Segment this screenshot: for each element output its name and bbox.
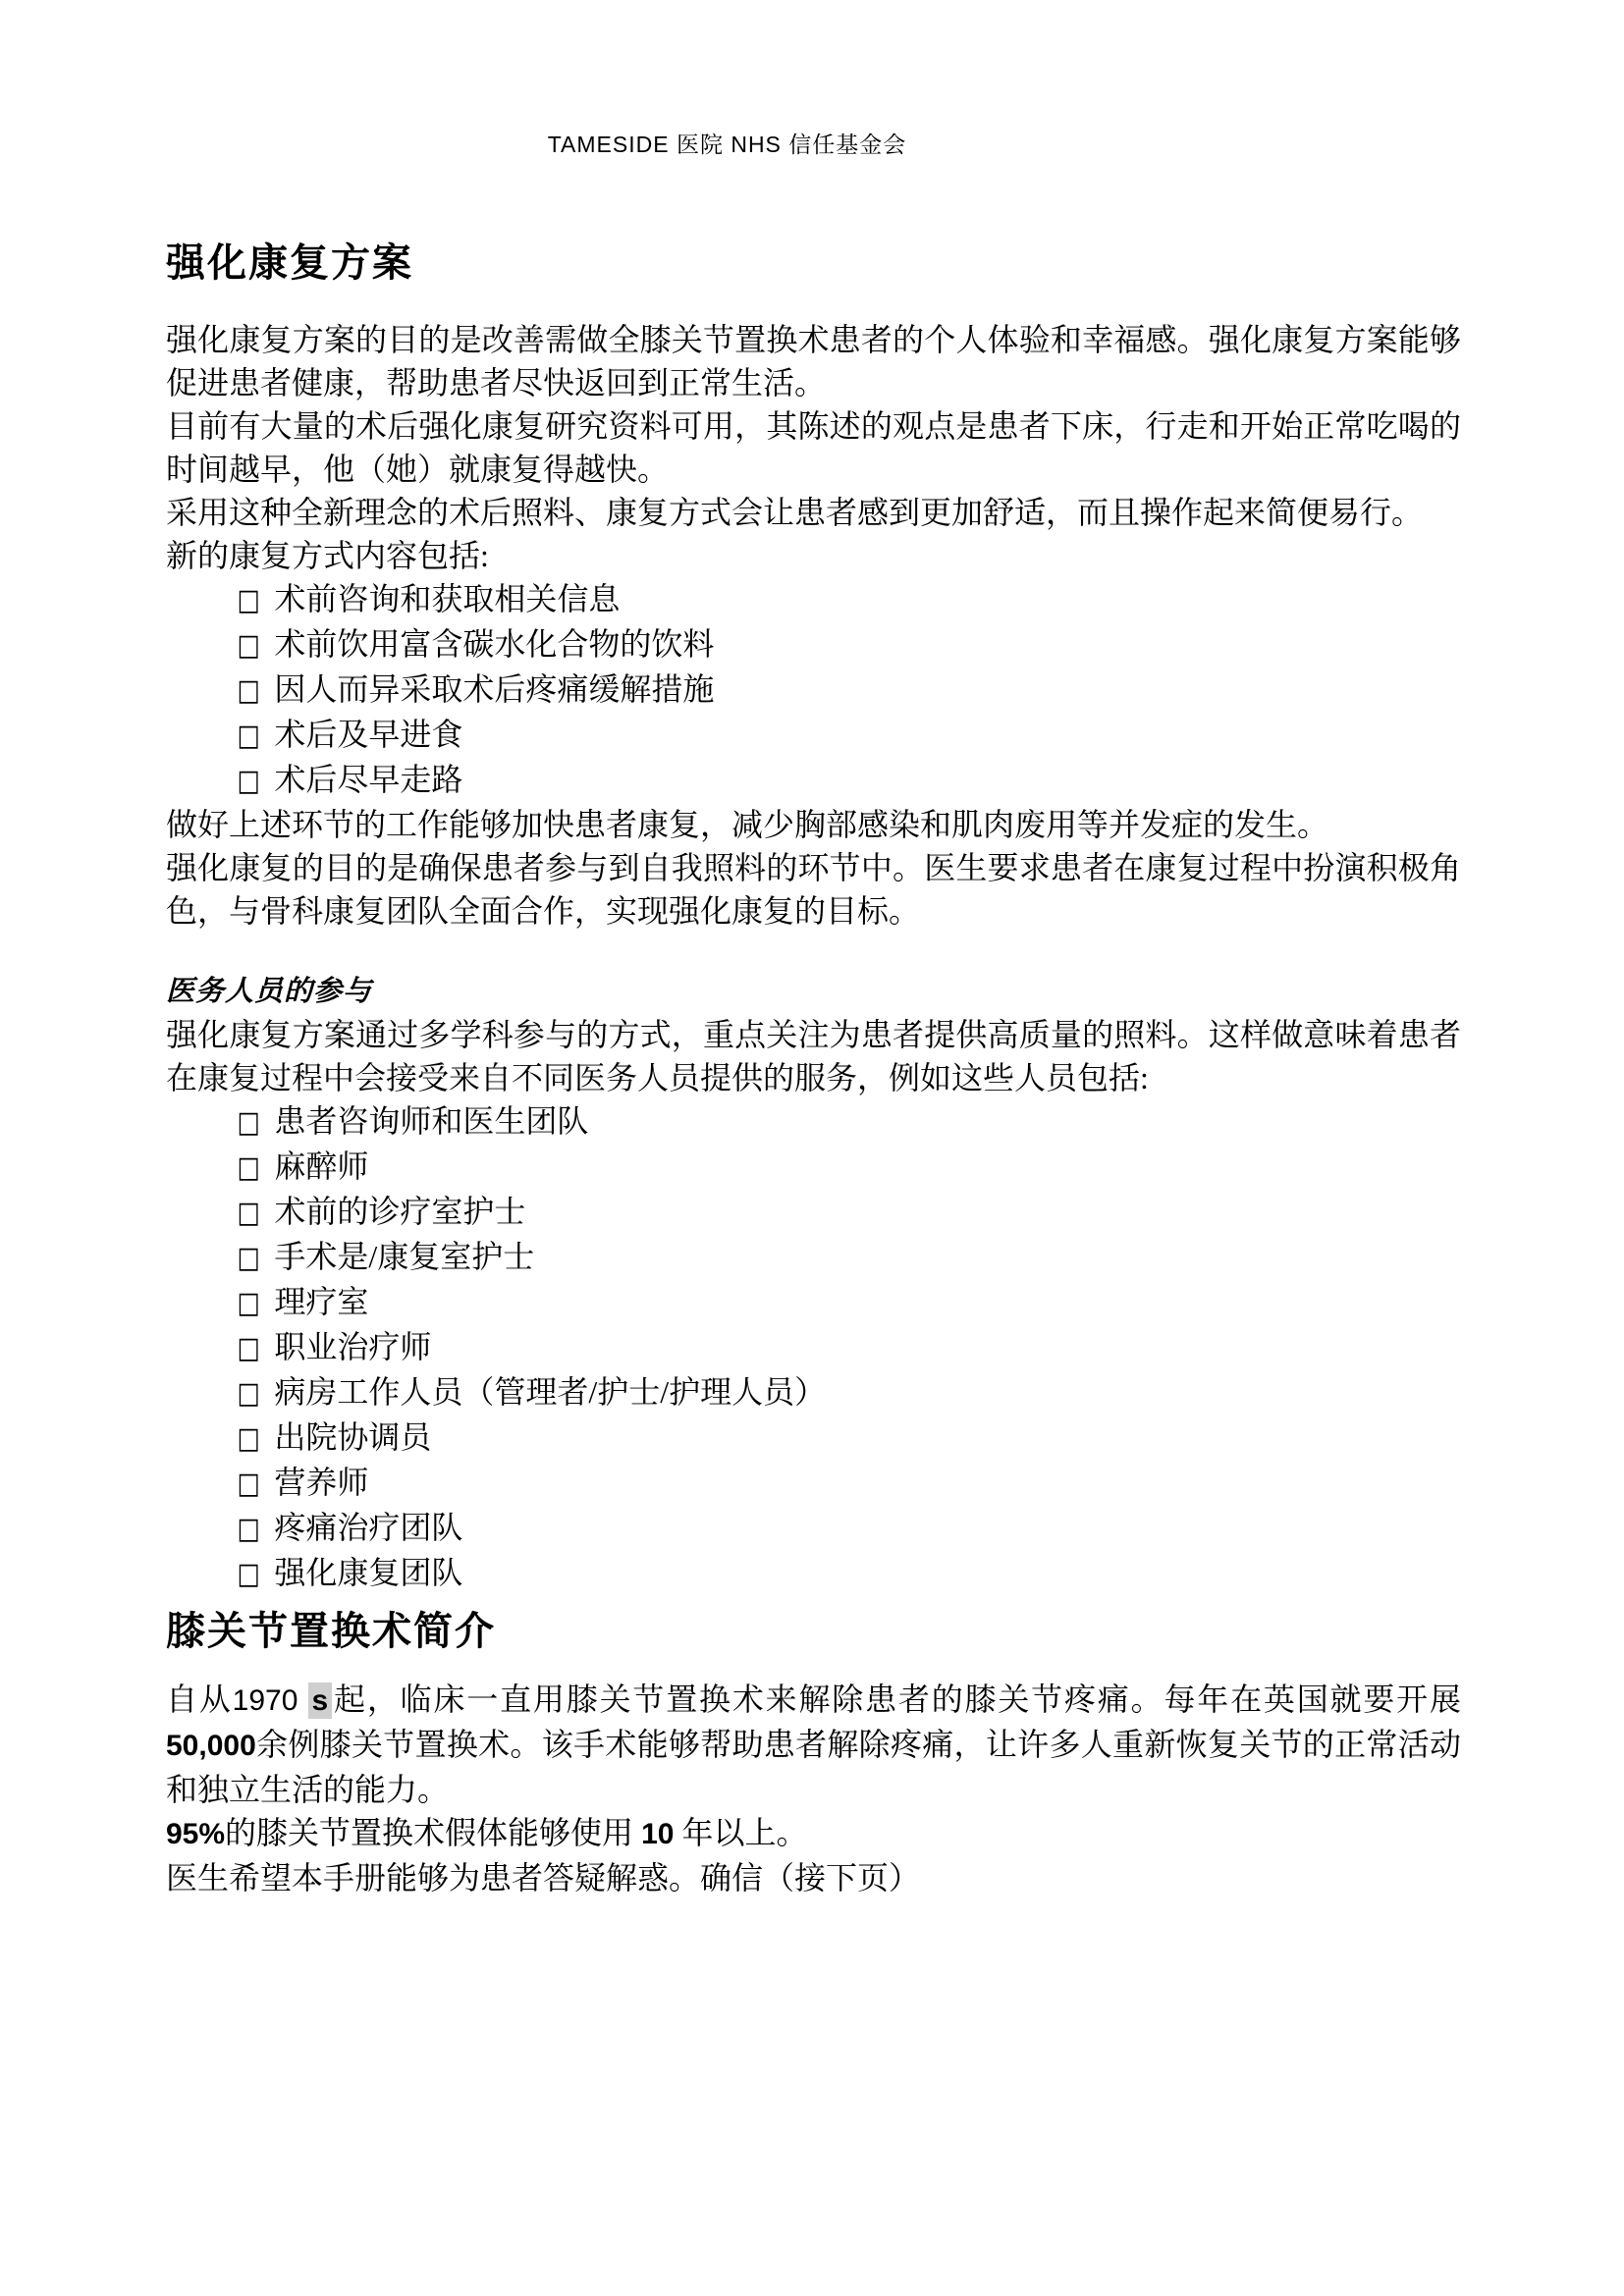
paragraph-erp-list-intro: 新的康复方式内容包括: xyxy=(166,534,1461,577)
list-item: □术前饮用富含碳水化合物的饮料 xyxy=(235,622,1461,667)
paragraph-erp-goal: 强化康复的目的是确保患者参与到自我照料的环节中。医生要求患者在康复过程中扮演积极… xyxy=(166,846,1461,933)
text-segment: 起，临床一直用膝关节置换术来解除患者的膝关节疼痛。每年在英国就要开展 xyxy=(332,1682,1461,1717)
list-item-text: 因人而异采取术后疼痛缓解措施 xyxy=(274,671,714,707)
list-item: □手术是/康复室护士 xyxy=(235,1235,1461,1280)
text-segment: 年以上。 xyxy=(674,1815,807,1850)
square-bullet-icon: □ xyxy=(238,1237,260,1280)
square-bullet-icon: □ xyxy=(238,669,260,713)
percentage-95: 95% xyxy=(166,1818,225,1850)
years-10: 10 xyxy=(641,1818,674,1850)
square-bullet-icon: □ xyxy=(238,1282,260,1325)
text-segment: 的膝关节置换术假体能够使用 xyxy=(225,1815,641,1850)
paragraph-knee-history: 自从1970 s起，临床一直用膝关节置换术来解除患者的膝关节疼痛。每年在英国就要… xyxy=(166,1678,1461,1811)
square-bullet-icon: □ xyxy=(238,1553,260,1596)
square-bullet-icon: □ xyxy=(238,624,260,667)
square-bullet-icon: □ xyxy=(238,1192,260,1235)
text-segment: 余例膝关节置换术。该手术能够帮助患者解除疼痛，让许多人重新恢复关节的正常活动和独… xyxy=(166,1727,1461,1807)
list-item: □麻醉师 xyxy=(235,1145,1461,1190)
paragraph-erp-purpose: 强化康复方案的目的是改善需做全膝关节置换术患者的个人体验和幸福感。强化康复方案能… xyxy=(166,318,1461,404)
list-item-text: 病房工作人员（管理者/护士/护理人员） xyxy=(274,1374,826,1410)
paragraph-erp-benefits: 做好上述环节的工作能够加快患者康复，减少胸部感染和肌肉废用等并发症的发生。 xyxy=(166,803,1461,846)
document-header: TAMESIDE 医院 NHS 信任基金会 xyxy=(166,130,1288,159)
list-item-text: 出院协调员 xyxy=(274,1419,431,1455)
list-item: □术前的诊疗室护士 xyxy=(235,1190,1461,1235)
list-item-text: 术后及早进食 xyxy=(274,717,462,752)
square-bullet-icon: □ xyxy=(238,1372,260,1415)
section-heading-knee-replacement: 膝关节置换术简介 xyxy=(166,1604,1461,1659)
list-item: □术后及早进食 xyxy=(235,713,1461,758)
page-title: 强化康复方案 xyxy=(166,236,1461,291)
list-item: □强化康复团队 xyxy=(235,1551,1461,1596)
paragraph-knee-closing: 医生希望本手册能够为患者答疑解惑。确信（接下页） xyxy=(166,1856,1461,1899)
list-item: □病房工作人员（管理者/护士/护理人员） xyxy=(235,1370,1461,1415)
square-bullet-icon: □ xyxy=(238,1463,260,1506)
list-item: □营养师 xyxy=(235,1461,1461,1506)
list-item: □因人而异采取术后疼痛缓解措施 xyxy=(235,667,1461,713)
text-segment: 自从 xyxy=(166,1682,233,1717)
paragraph-staff-intro: 强化康复方案通过多学科参与的方式，重点关注为患者提供高质量的照料。这样做意味着患… xyxy=(166,1013,1461,1099)
list-item: □疼痛治疗团队 xyxy=(235,1506,1461,1551)
document-page: TAMESIDE 医院 NHS 信任基金会 强化康复方案 强化康复方案的目的是改… xyxy=(0,0,1624,2296)
paragraph-knee-durability: 95%的膝关节置换术假体能够使用 10 年以上。 xyxy=(166,1811,1461,1856)
square-bullet-icon: □ xyxy=(238,1147,260,1190)
list-item-text: 术前的诊疗室护士 xyxy=(274,1194,525,1229)
list-item-text: 麻醉师 xyxy=(274,1148,368,1184)
square-bullet-icon: □ xyxy=(238,1101,260,1145)
square-bullet-icon: □ xyxy=(238,760,260,803)
hospital-trust-name: TAMESIDE 医院 NHS 信任基金会 xyxy=(548,132,907,157)
year-1970: 1970 xyxy=(233,1684,308,1717)
list-item-text: 术前咨询和获取相关信息 xyxy=(274,581,620,616)
square-bullet-icon: □ xyxy=(238,715,260,758)
list-item-text: 疼痛治疗团队 xyxy=(274,1510,462,1545)
list-item: □术后尽早走路 xyxy=(235,758,1461,803)
list-item-text: 手术是/康复室护士 xyxy=(274,1239,534,1274)
square-bullet-icon: □ xyxy=(238,1417,260,1461)
list-item-text: 职业治疗师 xyxy=(274,1329,431,1364)
highlighted-s: s xyxy=(308,1682,333,1719)
list-item-text: 营养师 xyxy=(274,1465,368,1500)
list-item: □理疗室 xyxy=(235,1280,1461,1325)
list-item-text: 患者咨询师和医生团队 xyxy=(274,1103,588,1139)
square-bullet-icon: □ xyxy=(238,1508,260,1551)
list-item: □出院协调员 xyxy=(235,1415,1461,1461)
paragraph-erp-concept: 采用这种全新理念的术后照料、康复方式会让患者感到更加舒适，而且操作起来简便易行。 xyxy=(166,491,1461,534)
paragraph-erp-evidence: 目前有大量的术后强化康复研究资料可用，其陈述的观点是患者下床，行走和开始正常吃喝… xyxy=(166,404,1461,491)
square-bullet-icon: □ xyxy=(238,579,260,622)
staff-roles-list: □患者咨询师和医生团队□麻醉师□术前的诊疗室护士□手术是/康复室护士□理疗室□职… xyxy=(166,1099,1461,1596)
list-item: □术前咨询和获取相关信息 xyxy=(235,577,1461,622)
list-item-text: 理疗室 xyxy=(274,1284,368,1319)
list-item: □职业治疗师 xyxy=(235,1325,1461,1370)
section-heading-staff-involvement: 医务人员的参与 xyxy=(166,970,1461,1013)
list-item-text: 强化康复团队 xyxy=(274,1555,462,1590)
square-bullet-icon: □ xyxy=(238,1327,260,1370)
list-item-text: 术后尽早走路 xyxy=(274,762,462,797)
pre-op-measures-list: □术前咨询和获取相关信息□术前饮用富含碳水化合物的饮料□因人而异采取术后疼痛缓解… xyxy=(166,577,1461,803)
list-item: □患者咨询师和医生团队 xyxy=(235,1099,1461,1145)
annual-count-50000: 50,000 xyxy=(166,1730,256,1762)
list-item-text: 术前饮用富含碳水化合物的饮料 xyxy=(274,626,714,662)
